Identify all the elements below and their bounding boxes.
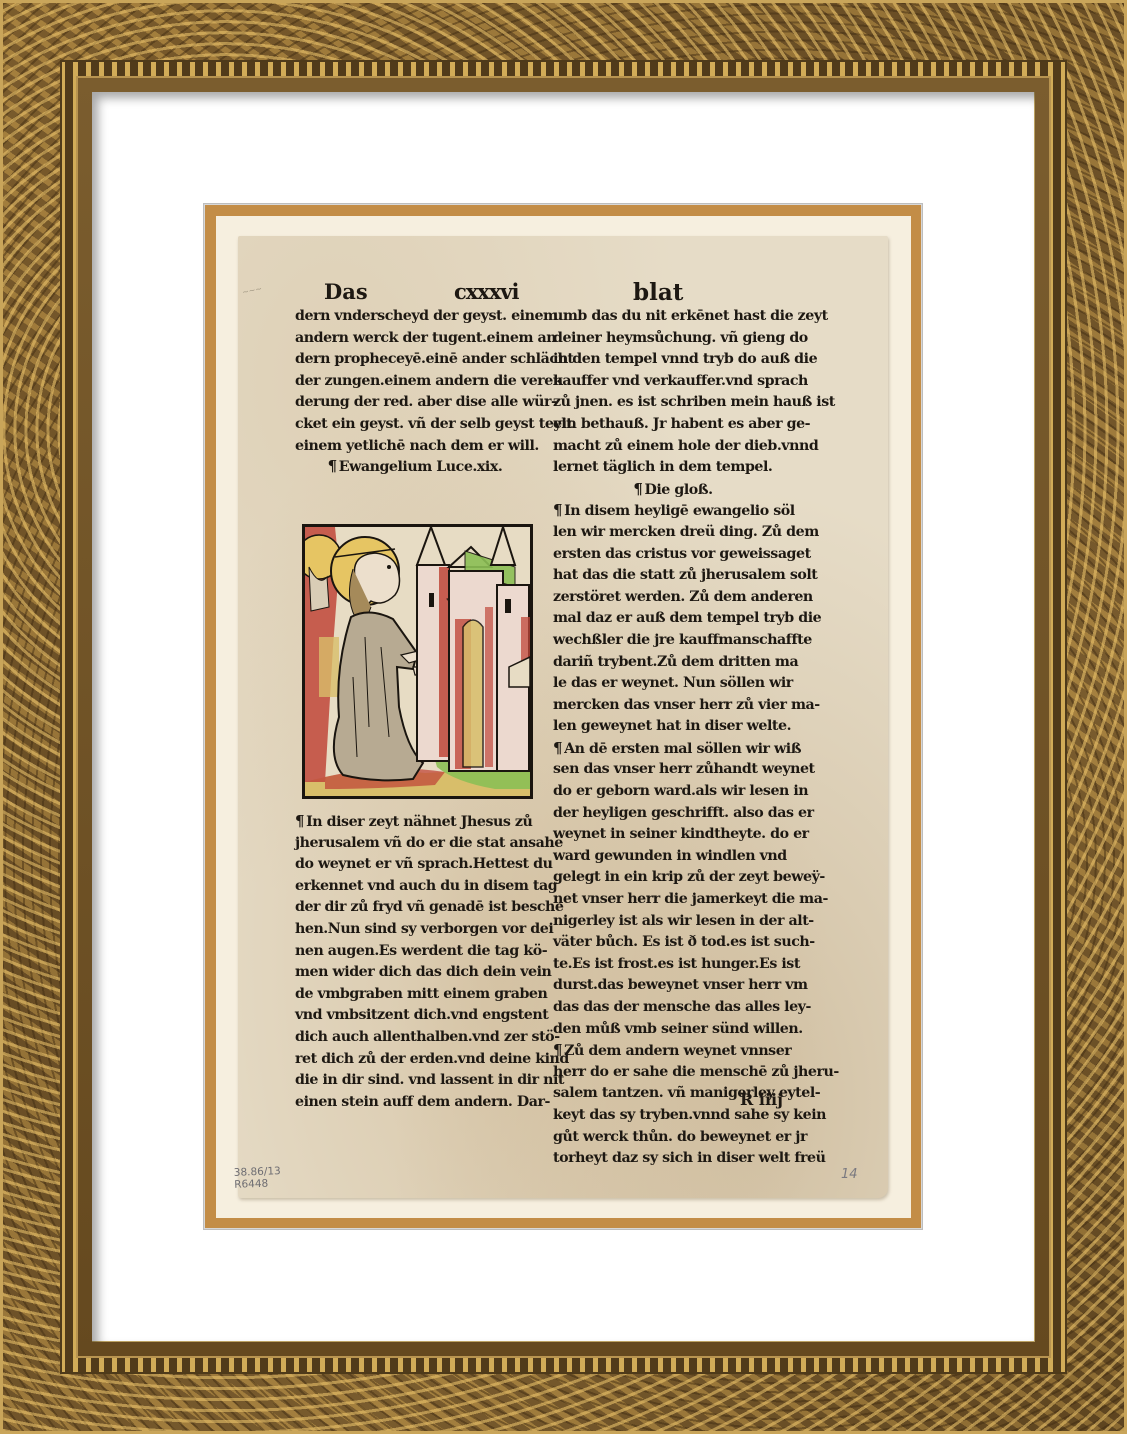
text-line: hen.Nun sind sy verborgen vor dei [295, 919, 535, 941]
text-line: macht zů einem hole der dieb.vnnd [553, 436, 793, 458]
text-line: ¶In diser zeyt nähnet Jhesus zů [295, 811, 535, 833]
text-line: jherusalem vñ do er die stat ansahe [295, 833, 535, 855]
text-line: dern propheceyē.einē ander schlächt [295, 349, 535, 371]
text-line: der dir zů fryd vñ genadē ist besche [295, 897, 535, 919]
pilcrow-icon: ¶ [633, 479, 642, 501]
text-line: kauffer vnd verkauffer.vnd sprach [553, 371, 793, 393]
text-line: den můß vmb seiner sünd willen. [553, 1019, 793, 1041]
text-line: sen das vnser herr zůhandt weynet [553, 759, 793, 781]
text-line: erkennet vnd auch du in disem tag [295, 876, 535, 898]
pencil-accession-number: 38.86/13 R6448 [234, 1165, 282, 1191]
text-line: mal daz er auß dem tempel tryb die [553, 608, 793, 630]
stray-ink-mark: ~~~ [241, 284, 263, 297]
text-line: ein bethauß. Jr habent es aber ge- [553, 414, 793, 436]
text-line: das das der mensche das alles ley- [553, 997, 793, 1019]
text-line: te.Es ist frost.es ist hunger.Es ist [553, 954, 793, 976]
text-line: net vnser herr die jamerkeyt die ma- [553, 889, 793, 911]
text-line: men wider dich das dich dein vein [295, 962, 535, 984]
text-line: ¶In disem heyligē ewangelio söl [553, 500, 793, 522]
text-line: väter bůch. Es ist ð tod.es ist such- [553, 932, 793, 954]
text-line: hat das die statt zů jherusalem solt [553, 565, 793, 587]
pencil-leaf-number: 14 [841, 1167, 858, 1182]
text-line: der zungen.einem andern die veren [295, 371, 535, 393]
text-line: dariñ trybent.Zů dem dritten ma [553, 652, 793, 674]
text-line: derung der red. aber dise alle wür- [295, 392, 535, 414]
text-line: nigerley ist als wir lesen in der alt- [553, 911, 793, 933]
text-line: durst.das beweynet vnser herr vm [553, 975, 793, 997]
right-column-text: umb das du nit erkēnet hast die zeytdein… [553, 306, 793, 1170]
text-line: zerstöret werden. Zů dem anderen [553, 587, 793, 609]
left-column-bottom-text: ¶In diser zeyt nähnet Jhesus zůjherusale… [295, 811, 535, 1113]
incunable-leaf: ~~~ Das cxxxvi blat dern vnderscheyd der… [238, 236, 888, 1198]
hand-colored-woodcut [302, 524, 533, 799]
running-head-right: blat [633, 279, 683, 306]
text-line: der heyligen geschrifft. also das er [553, 803, 793, 825]
text-line: lernet täglich in dem tempel. [553, 457, 793, 479]
text-line: in den tempel vnnd tryb do auß die [553, 349, 793, 371]
text-line: dich auch allenthalben.vnd zer stö- [295, 1027, 535, 1049]
text-line: de vmbgraben mitt einem graben [295, 984, 535, 1006]
text-line: deiner heymsůchung. vñ gieng do [553, 328, 793, 350]
woodcut-illustration [305, 527, 530, 796]
text-line: torheyt daz sy sich in diser welt freü [553, 1148, 793, 1170]
text-line: herr do er sahe die menschē zů jheru- [553, 1062, 793, 1084]
text-line: vnd vmbsitzent dich.vnd engstent [295, 1005, 535, 1027]
text-line: einem yetlichē nach dem er will. [295, 436, 535, 458]
signature-mark: R iiij [740, 1090, 783, 1109]
folio-number: cxxxvi [454, 279, 519, 304]
pilcrow-icon: ¶ [295, 811, 304, 833]
text-line: ¶Zů dem andern weynet vnnser [553, 1040, 793, 1062]
running-head-left: Das [324, 279, 368, 304]
text-line: le das er weynet. Nun söllen wir [553, 673, 793, 695]
text-line: ward gewunden in windlen vnd [553, 846, 793, 868]
text-line: len geweynet hat in diser welte. [553, 716, 793, 738]
text-line: andern werck der tugent.einem an [295, 328, 535, 350]
woodcut-caption: ¶Ewangelium Luce.xix. [295, 456, 535, 479]
pilcrow-icon: ¶ [553, 738, 562, 760]
pilcrow-icon: ¶ [553, 1040, 562, 1062]
text-line: umb das du nit erkēnet hast die zeyt [553, 306, 793, 328]
text-line: ¶Die gloß. [553, 479, 793, 501]
text-line: do er geborn ward.als wir lesen in [553, 781, 793, 803]
text-line: einen stein auff dem andern. Dar- [295, 1092, 535, 1114]
text-line: ersten das cristus vor geweissaget [553, 544, 793, 566]
text-line: die in dir sind. vnd lassent in dir nit [295, 1070, 535, 1092]
text-line: ret dich zů der erden.vnd deine kind [295, 1049, 535, 1071]
text-line: cket ein geyst. vñ der selb geyst teylt [295, 414, 535, 436]
left-column-top-text: dern vnderscheyd der geyst. einemandern … [295, 306, 535, 457]
text-line: weynet in seiner kindtheyte. do er [553, 824, 793, 846]
text-line: do weynet er vñ sprach.Hettest du [295, 854, 535, 876]
text-line: nen augen.Es werdent die tag kö- [295, 941, 535, 963]
text-line: len wir mercken dreü ding. Zů dem [553, 522, 793, 544]
text-line: dern vnderscheyd der geyst. einem [295, 306, 535, 328]
text-line: mercken das vnser herr zů vier ma- [553, 695, 793, 717]
text-line: gůt werck thůn. do beweynet er jr [553, 1127, 793, 1149]
text-line: gelegt in ein krip zů der zeyt beweÿ- [553, 867, 793, 889]
text-line: wechßler die jre kauffmanschaffte [553, 630, 793, 652]
text-line: zů jnen. es ist schriben mein hauß ist [553, 392, 793, 414]
text-line: ¶An dē ersten mal söllen wir wiß [553, 738, 793, 760]
pilcrow-icon: ¶ [328, 456, 337, 478]
pilcrow-icon: ¶ [553, 500, 562, 522]
